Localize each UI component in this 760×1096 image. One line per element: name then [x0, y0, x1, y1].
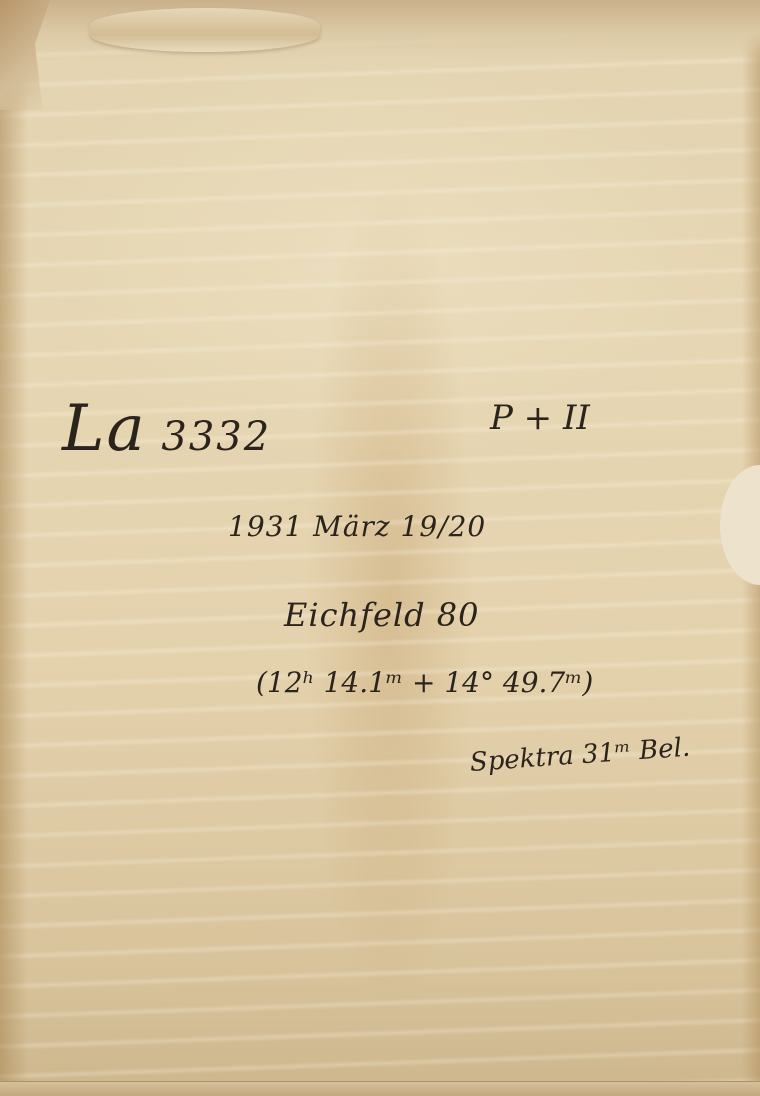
catalog-prefix: La [62, 392, 147, 466]
coordinates: (12ʰ 14.1ᵐ + 14° 49.7ᵐ) [256, 666, 593, 699]
paper-sheet [0, 0, 760, 1096]
paper-bottom-edge [0, 1081, 760, 1096]
paper-left-edge [0, 0, 28, 1096]
paper-top-fold [90, 8, 320, 52]
field-name: Eichfeld 80 [284, 596, 480, 634]
plate-marker: P + II [490, 398, 590, 438]
catalog-id: 3332 [161, 414, 271, 460]
catalog-number: La 3332 [62, 392, 271, 466]
observation-date: 1931 März 19/20 [228, 510, 486, 543]
